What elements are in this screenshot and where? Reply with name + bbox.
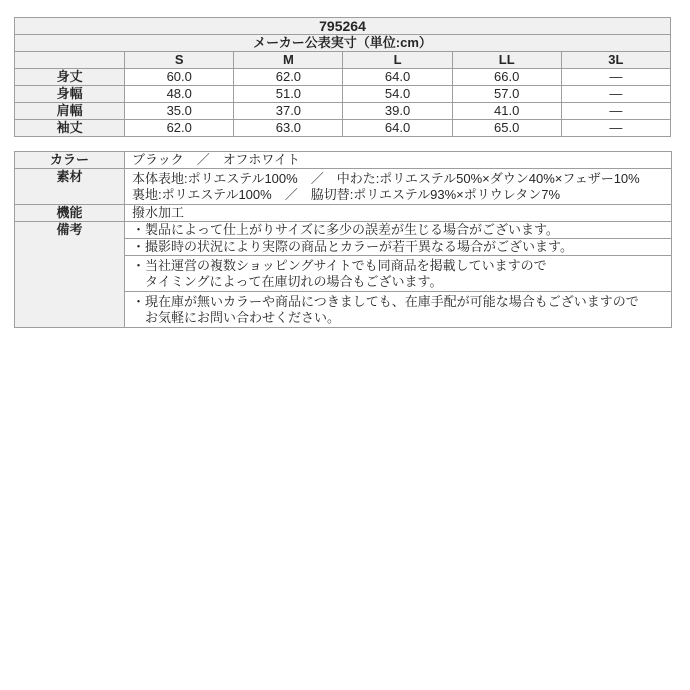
row-label: 身幅 bbox=[15, 86, 125, 103]
size-value: 57.0 bbox=[452, 86, 561, 103]
size-value: — bbox=[561, 86, 670, 103]
color-row: カラー ブラック ／ オフホワイト bbox=[15, 152, 672, 169]
col-header-l: L bbox=[343, 52, 452, 69]
size-value: 39.0 bbox=[343, 103, 452, 120]
size-row-body-length: 身丈 60.0 62.0 64.0 66.0 — bbox=[15, 69, 671, 86]
size-value: 66.0 bbox=[452, 69, 561, 86]
size-value: 62.0 bbox=[125, 120, 234, 137]
size-row-shoulder-width: 肩幅 35.0 37.0 39.0 41.0 — bbox=[15, 103, 671, 120]
size-value: — bbox=[561, 103, 670, 120]
note-item: ・当社運営の複数ショッピングサイトでも同商品を掲載していますので タイミングによ… bbox=[125, 256, 672, 292]
size-value: 64.0 bbox=[343, 120, 452, 137]
size-table-title: メーカー公表実寸（単位:cm） bbox=[15, 35, 671, 52]
size-table: 795264 メーカー公表実寸（単位:cm） S M L LL 3L 身丈 60… bbox=[14, 17, 671, 137]
note-line-1: ・当社運営の複数ショッピングサイトでも同商品を掲載していますので bbox=[132, 258, 665, 274]
size-row-sleeve-length: 袖丈 62.0 63.0 64.0 65.0 — bbox=[15, 120, 671, 137]
col-header-s: S bbox=[125, 52, 234, 69]
function-row: 機能 撥水加工 bbox=[15, 205, 672, 222]
row-label: 肩幅 bbox=[15, 103, 125, 120]
material-line-1: 本体表地:ポリエステル100% ／ 中わた:ポリエステル50%×ダウン40%×フ… bbox=[132, 171, 665, 187]
size-value: 63.0 bbox=[234, 120, 343, 137]
row-label: 身丈 bbox=[15, 69, 125, 86]
size-value: 65.0 bbox=[452, 120, 561, 137]
material-label: 素材 bbox=[15, 169, 125, 205]
function-value: 撥水加工 bbox=[125, 205, 672, 222]
material-row: 素材 本体表地:ポリエステル100% ／ 中わた:ポリエステル50%×ダウン40… bbox=[15, 169, 672, 205]
color-label: カラー bbox=[15, 152, 125, 169]
size-value: 37.0 bbox=[234, 103, 343, 120]
function-label: 機能 bbox=[15, 205, 125, 222]
material-line-2: 裏地:ポリエステル100% ／ 脇切替:ポリエステル93%×ポリウレタン7% bbox=[132, 187, 665, 203]
product-code: 795264 bbox=[15, 18, 671, 35]
size-value: 54.0 bbox=[343, 86, 452, 103]
col-header-m: M bbox=[234, 52, 343, 69]
material-value: 本体表地:ポリエステル100% ／ 中わた:ポリエステル50%×ダウン40%×フ… bbox=[125, 169, 672, 205]
note-line-1: ・現在庫が無いカラーや商品につきましても、在庫手配が可能な場合もございますので bbox=[132, 294, 665, 310]
color-value: ブラック ／ オフホワイト bbox=[125, 152, 672, 169]
notes-row-1: 備考 ・製品によって仕上がりサイズに多少の誤差が生じる場合がございます。 bbox=[15, 222, 672, 239]
note-line-2: お気軽にお問い合わせください。 bbox=[132, 310, 665, 326]
size-row-body-width: 身幅 48.0 51.0 54.0 57.0 — bbox=[15, 86, 671, 103]
size-value: 62.0 bbox=[234, 69, 343, 86]
note-item: ・現在庫が無いカラーや商品につきましても、在庫手配が可能な場合もございますので … bbox=[125, 292, 672, 328]
size-column-header-row: S M L LL 3L bbox=[15, 52, 671, 69]
size-value: 41.0 bbox=[452, 103, 561, 120]
size-value: 48.0 bbox=[125, 86, 234, 103]
size-value: — bbox=[561, 69, 670, 86]
notes-label: 備考 bbox=[15, 222, 125, 328]
row-label: 袖丈 bbox=[15, 120, 125, 137]
size-value: 64.0 bbox=[343, 69, 452, 86]
size-value: 51.0 bbox=[234, 86, 343, 103]
product-spec-page: 795264 メーカー公表実寸（単位:cm） S M L LL 3L 身丈 60… bbox=[0, 0, 690, 328]
size-value: 35.0 bbox=[125, 103, 234, 120]
corner-cell bbox=[15, 52, 125, 69]
note-item: ・製品によって仕上がりサイズに多少の誤差が生じる場合がございます。 bbox=[125, 222, 672, 239]
size-value: 60.0 bbox=[125, 69, 234, 86]
note-line-2: タイミングによって在庫切れの場合もございます。 bbox=[132, 274, 665, 290]
col-header-ll: LL bbox=[452, 52, 561, 69]
size-value: — bbox=[561, 120, 670, 137]
detail-table: カラー ブラック ／ オフホワイト 素材 本体表地:ポリエステル100% ／ 中… bbox=[14, 151, 672, 328]
col-header-3l: 3L bbox=[561, 52, 670, 69]
note-item: ・撮影時の状況により実際の商品とカラーが若干異なる場合がございます。 bbox=[125, 239, 672, 256]
product-code-row: 795264 bbox=[15, 18, 671, 35]
size-table-title-row: メーカー公表実寸（単位:cm） bbox=[15, 35, 671, 52]
